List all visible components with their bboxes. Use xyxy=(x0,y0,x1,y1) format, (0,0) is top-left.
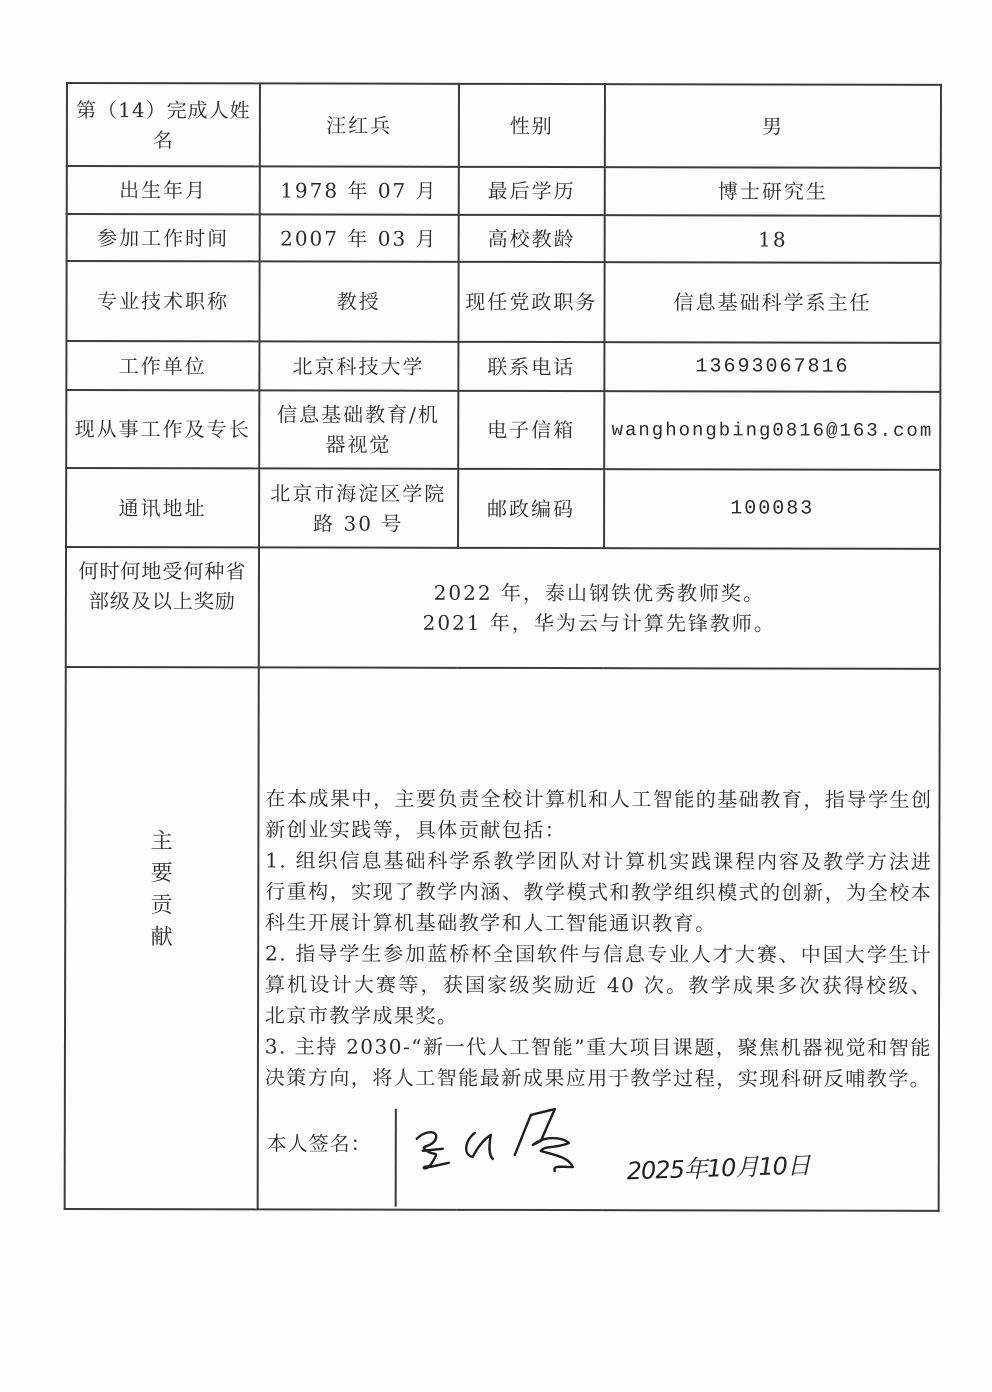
contribution-label-cell: 主要贡献 xyxy=(65,667,259,1209)
position-value: 信息基础科学系主任 xyxy=(605,262,941,343)
education-value: 博士研究生 xyxy=(605,167,941,216)
awards-label: 何时何地受何种省部级及以上奖励 xyxy=(66,547,259,667)
specialty-value: 信息基础教育/机器视觉 xyxy=(259,390,458,468)
title-label: 专业技术职称 xyxy=(66,261,259,341)
contribution-paragraph: 2. 指导学生参加蓝桥杯全国软件与信息专业人才大赛、中国大学生计算机设计大赛等，… xyxy=(265,938,932,1032)
contribution-label: 主要贡献 xyxy=(150,826,174,954)
awards-list: 2022 年，泰山钢铁优秀教师奖。 2021 年，华为云与计算先锋教师。 xyxy=(259,547,940,668)
signature-date: 2025年10月10日 xyxy=(626,1150,810,1186)
work-start-label: 参加工作时间 xyxy=(67,214,260,261)
contribution-paragraph: 在本成果中，主要负责全校计算机和人工智能的基础教育，指导学生创新创业实践等，具体… xyxy=(265,783,932,846)
contribution-paragraph: 1. 组织信息基础科学系教学团队对计算机实践课程内容及教学方法进行重构，实现了教… xyxy=(265,845,932,939)
contribution-paragraph: 3. 主持 2030-“新一代人工智能”重大项目课题，聚焦机器视觉和智能决策方向… xyxy=(265,1031,932,1094)
table-row: 工作单位 北京科技大学 联系电话 13693067816 xyxy=(66,341,940,392)
teaching-years-label: 高校教龄 xyxy=(458,215,605,262)
birth-label: 出生年月 xyxy=(67,166,260,214)
phone-label: 联系电话 xyxy=(458,342,605,391)
teaching-years-value: 18 xyxy=(605,215,941,263)
email-label: 电子信箱 xyxy=(458,391,605,469)
name-label: 第（14）完成人姓名 xyxy=(67,83,260,166)
table-row: 现从事工作及专长 信息基础教育/机器视觉 电子信箱 wanghongbing08… xyxy=(66,390,940,470)
table-row: 参加工作时间 2007 年 03 月 高校教龄 18 xyxy=(67,214,941,263)
personnel-info-table: 第（14）完成人姓名 汪红兵 性别 男 出生年月 1978 年 07 月 最后学… xyxy=(64,82,942,1212)
signature-block: 本人签名： 2025年10月10日 xyxy=(267,1108,927,1189)
title-value: 教授 xyxy=(259,261,458,341)
table-row: 出生年月 1978 年 07 月 最后学历 博士研究生 xyxy=(67,166,941,216)
postcode-label: 邮政编码 xyxy=(458,469,605,548)
gender-value: 男 xyxy=(605,84,941,168)
handwritten-signature-icon xyxy=(405,1105,605,1185)
scanned-page: 第（14）完成人姓名 汪红兵 性别 男 出生年月 1978 年 07 月 最后学… xyxy=(0,0,992,1392)
table-row: 通讯地址 北京市海淀区学院路 30 号 邮政编码 100083 xyxy=(66,468,940,549)
address-label: 通讯地址 xyxy=(66,468,259,547)
award-item: 2022 年，泰山钢铁优秀教师奖。 xyxy=(266,577,933,608)
employer-value: 北京科技大学 xyxy=(259,341,458,390)
birth-value: 1978 年 07 月 xyxy=(260,166,459,214)
award-item: 2021 年，华为云与计算先锋教师。 xyxy=(266,607,933,638)
table-row: 何时何地受何种省部级及以上奖励 2022 年，泰山钢铁优秀教师奖。 2021 年… xyxy=(66,547,940,669)
position-label: 现任党政职务 xyxy=(458,262,605,342)
contribution-content: 在本成果中，主要负责全校计算机和人工智能的基础教育，指导学生创新创业实践等，具体… xyxy=(257,667,939,1210)
postcode-value: 100083 xyxy=(604,469,940,549)
address-value: 北京市海淀区学院路 30 号 xyxy=(259,468,458,547)
education-label: 最后学历 xyxy=(458,167,605,215)
table-row: 第（14）完成人姓名 汪红兵 性别 男 xyxy=(67,83,941,168)
specialty-label: 现从事工作及专长 xyxy=(66,390,259,468)
gender-label: 性别 xyxy=(458,84,605,167)
email-value: wanghongbing0816@163.com xyxy=(605,391,941,470)
table-row: 主要贡献 在本成果中，主要负责全校计算机和人工智能的基础教育，指导学生创新创业实… xyxy=(65,667,940,1211)
phone-value: 13693067816 xyxy=(605,342,941,392)
signature-divider xyxy=(394,1109,396,1207)
work-start-value: 2007 年 03 月 xyxy=(259,214,458,261)
name-value: 汪红兵 xyxy=(260,83,459,166)
table-row: 专业技术职称 教授 现任党政职务 信息基础科学系主任 xyxy=(66,261,940,343)
signature-label: 本人签名： xyxy=(267,1128,372,1158)
employer-label: 工作单位 xyxy=(66,341,259,390)
